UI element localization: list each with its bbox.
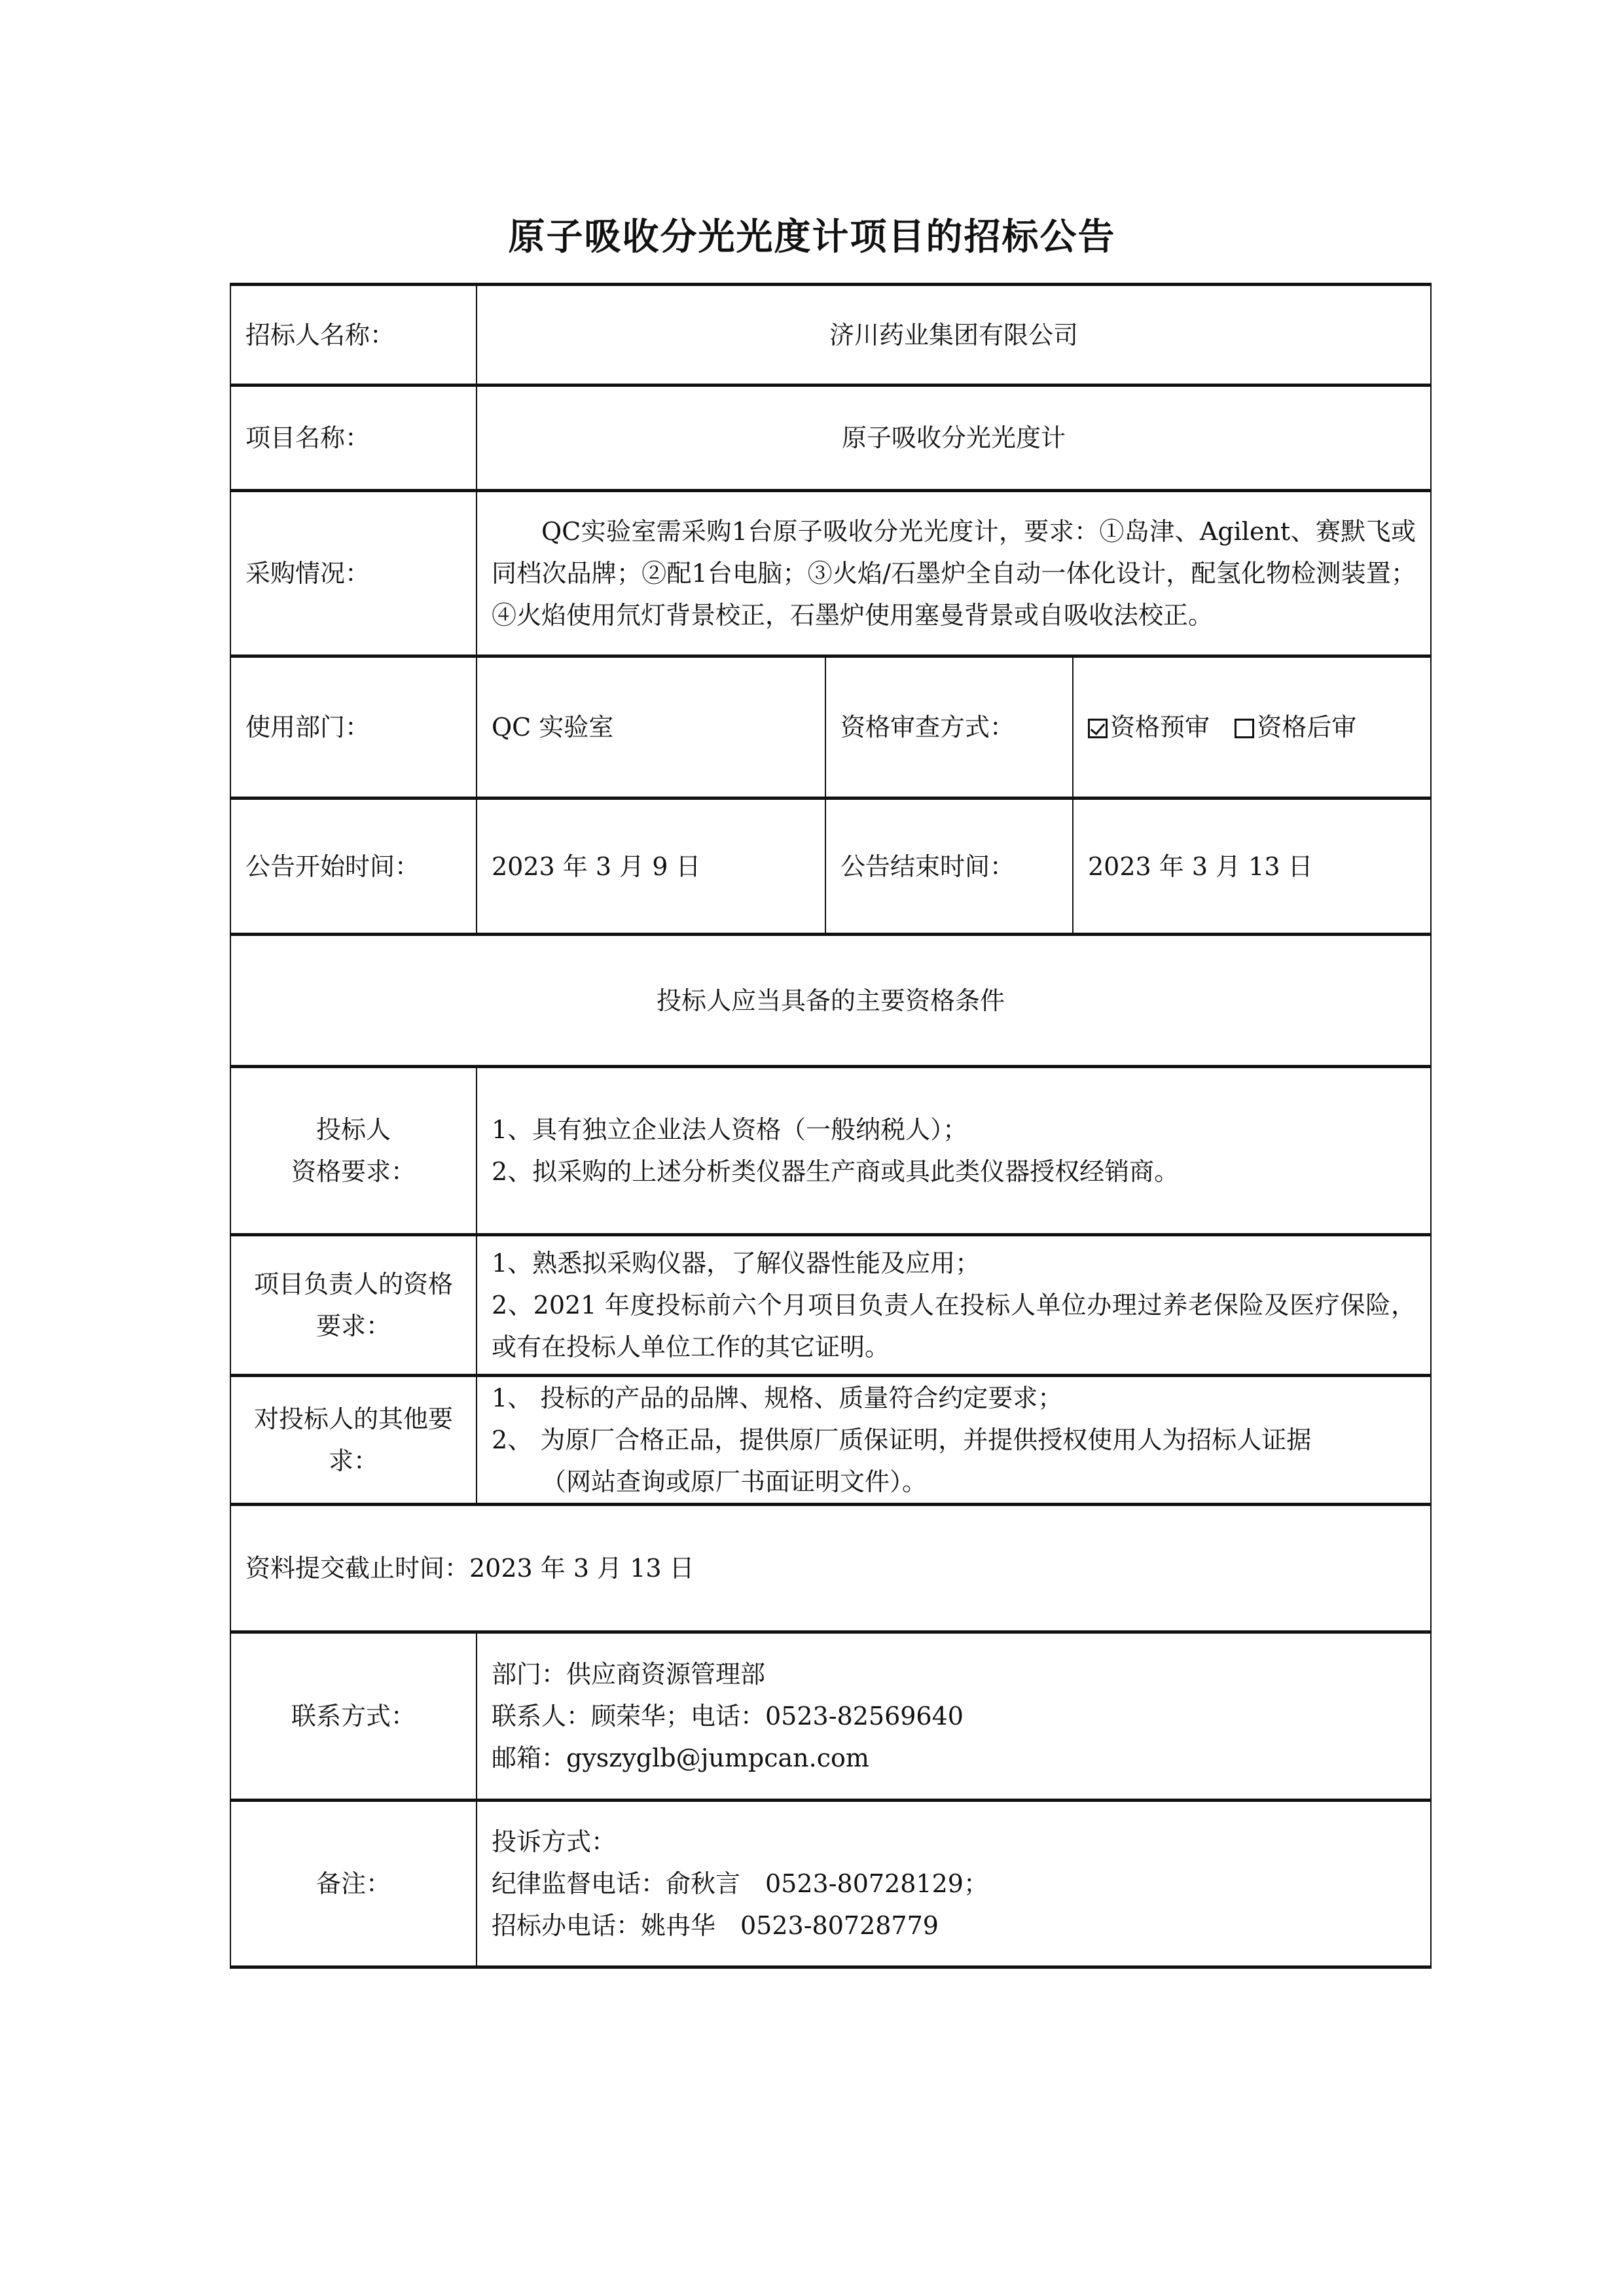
row-deadline: 资料提交截止时间：2023 年 3 月 13 日 — [230, 1505, 1431, 1632]
prequalification-label: 资格预审 — [1110, 713, 1210, 742]
row-tenderer: 招标人名称： 济川药业集团有限公司 — [230, 285, 1431, 386]
review-method-options: 资格预审 资格后审 — [1073, 656, 1431, 798]
row-bidder-qualification: 投标人 资格要求： 1、具有独立企业法人资格（一般纳税人）； 2、拟采购的上述分… — [230, 1067, 1431, 1235]
row-department: 使用部门： QC 实验室 资格审查方式： 资格预审 资格后审 — [230, 656, 1431, 798]
list-item: 2、拟采购的上述分析类仪器生产商或具此类仪器授权经销商。 — [492, 1151, 1416, 1193]
row-dates: 公告开始时间： 2023 年 3 月 9 日 公告结束时间： 2023 年 3 … — [230, 798, 1431, 935]
list-item: 1、 投标的产品的品牌、规格、质量符合约定要求； — [492, 1377, 1416, 1419]
contact-label: 联系方式： — [230, 1632, 477, 1801]
contact-email[interactable]: 邮箱：gyszyglb@jumpcan.com — [492, 1737, 1416, 1779]
row-project: 项目名称： 原子吸收分光光度计 — [230, 386, 1431, 491]
row-other-requirements: 对投标人的其他要求： 1、 投标的产品的品牌、规格、质量符合约定要求； 2、 为… — [230, 1376, 1431, 1505]
start-date-value: 2023 年 3 月 9 日 — [477, 798, 825, 935]
checkbox-postqualification[interactable] — [1235, 719, 1254, 738]
qualification-section-header: 投标人应当具备的主要资格条件 — [230, 935, 1431, 1067]
contact-department: 部门：供应商资源管理部 — [492, 1653, 1416, 1695]
list-item-continuation: （网站查询或原厂书面证明文件）。 — [492, 1461, 1416, 1503]
start-date-label: 公告开始时间： — [230, 798, 477, 935]
tenderer-label: 招标人名称： — [230, 285, 477, 386]
list-item: 1、具有独立企业法人资格（一般纳税人）； — [492, 1109, 1416, 1151]
list-item: 2、 为原厂合格正品，提供原厂质保证明，并提供授权使用人为招标人证据 — [492, 1419, 1416, 1461]
tenderer-value: 济川药业集团有限公司 — [477, 285, 1431, 386]
contact-person-phone: 联系人：顾荣华；电话：0523-82569640 — [492, 1695, 1416, 1737]
end-date-label: 公告结束时间： — [825, 798, 1073, 935]
project-label: 项目名称： — [230, 386, 477, 491]
contact-details: 部门：供应商资源管理部 联系人：顾荣华；电话：0523-82569640 邮箱：… — [477, 1632, 1431, 1801]
bidder-qualification-label: 投标人 资格要求： — [230, 1067, 477, 1235]
tender-form-table: 招标人名称： 济川药业集团有限公司 项目名称： 原子吸收分光光度计 采购情况： … — [230, 283, 1432, 1969]
other-requirements-label: 对投标人的其他要求： — [230, 1376, 477, 1505]
end-date-value: 2023 年 3 月 13 日 — [1073, 798, 1431, 935]
checkbox-prequalification[interactable] — [1088, 719, 1108, 738]
list-item: 2、2021 年度投标前六个月项目负责人在投标人单位办理过养老保险及医疗保险，或… — [492, 1284, 1416, 1368]
pm-qualification-label: 项目负责人的资格要求： — [230, 1235, 477, 1376]
department-value: QC 实验室 — [477, 656, 825, 798]
project-value: 原子吸收分光光度计 — [477, 386, 1431, 491]
row-procurement: 采购情况： QC实验室需采购1台原子吸收分光光度计，要求：①岛津、Agilent… — [230, 491, 1431, 656]
complaint-heading: 投诉方式： — [492, 1821, 1416, 1863]
postqualification-label: 资格后审 — [1257, 713, 1356, 742]
review-method-label: 资格审查方式： — [825, 656, 1073, 798]
procurement-label: 采购情况： — [230, 491, 477, 656]
remarks-label: 备注： — [230, 1801, 477, 1967]
procurement-value: QC实验室需采购1台原子吸收分光光度计，要求：①岛津、Agilent、赛默飞或同… — [477, 491, 1431, 656]
row-section-header: 投标人应当具备的主要资格条件 — [230, 935, 1431, 1067]
tender-office-phone: 招标办电话：姚冉华 0523-80728779 — [492, 1905, 1416, 1946]
list-item: 1、熟悉拟采购仪器，了解仪器性能及应用； — [492, 1242, 1416, 1284]
remarks-details: 投诉方式： 纪律监督电话：俞秋言 0523-80728129； 招标办电话：姚冉… — [477, 1801, 1431, 1967]
discipline-phone: 纪律监督电话：俞秋言 0523-80728129； — [492, 1863, 1416, 1905]
department-label: 使用部门： — [230, 656, 477, 798]
pm-qualification-items: 1、熟悉拟采购仪器，了解仪器性能及应用； 2、2021 年度投标前六个月项目负责… — [477, 1235, 1431, 1376]
submission-deadline: 资料提交截止时间：2023 年 3 月 13 日 — [230, 1505, 1431, 1632]
row-pm-qualification: 项目负责人的资格要求： 1、熟悉拟采购仪器，了解仪器性能及应用； 2、2021 … — [230, 1235, 1431, 1376]
row-contact: 联系方式： 部门：供应商资源管理部 联系人：顾荣华；电话：0523-825696… — [230, 1632, 1431, 1801]
row-remarks: 备注： 投诉方式： 纪律监督电话：俞秋言 0523-80728129； 招标办电… — [230, 1801, 1431, 1967]
document-title: 原子吸收分光光度计项目的招标公告 — [0, 208, 1624, 260]
bidder-qualification-items: 1、具有独立企业法人资格（一般纳税人）； 2、拟采购的上述分析类仪器生产商或具此… — [477, 1067, 1431, 1235]
other-requirements-items: 1、 投标的产品的品牌、规格、质量符合约定要求； 2、 为原厂合格正品，提供原厂… — [477, 1376, 1431, 1505]
